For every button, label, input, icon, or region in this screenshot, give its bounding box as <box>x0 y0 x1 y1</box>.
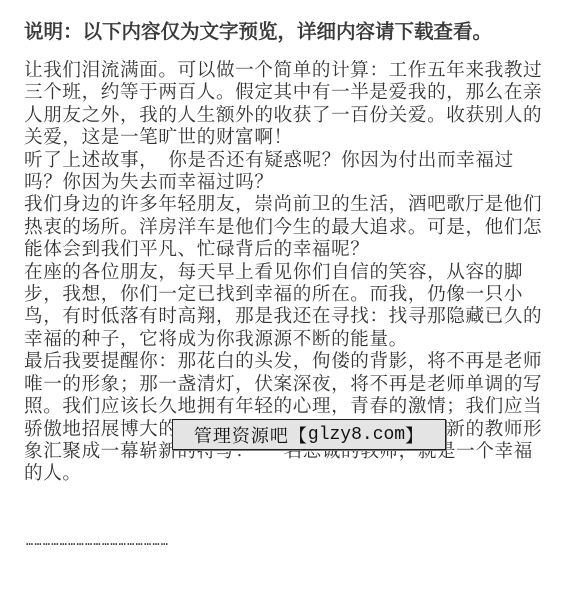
paragraph: 听了上述故事， 你是否还有疑惑呢？你因为付出而幸福过吗？你因为失去而幸福过吗？ <box>24 150 544 195</box>
watermark-bracket-close: 】 <box>405 422 424 448</box>
paragraph: 在座的各位朋友，每天早上看见你们自信的笑容，从容的脚步，我想，你们一定已找到幸福… <box>24 262 544 352</box>
paragraph: 让我们泪流满面。可以做一个简单的计算：工作五年来我教过三个班，约等于两百人。假定… <box>24 60 544 150</box>
watermark-label: 管理资源吧 <box>194 422 289 448</box>
watermark-banner: 管理资源吧 【 glzy8.com 】 <box>172 419 446 450</box>
watermark-bracket-open: 【 <box>289 422 308 448</box>
preview-notice: 说明：以下内容仅为文字预览，详细内容请下载查看。 <box>24 16 492 44</box>
paragraph: 我们身边的许多年轻朋友，崇尚前卫的生活，酒吧歌厅是他们热衷的场所。洋房洋车是他们… <box>24 194 544 261</box>
watermark-site: glzy8.com <box>308 425 405 445</box>
ellipsis-divider: …………………………………………… <box>26 534 169 548</box>
